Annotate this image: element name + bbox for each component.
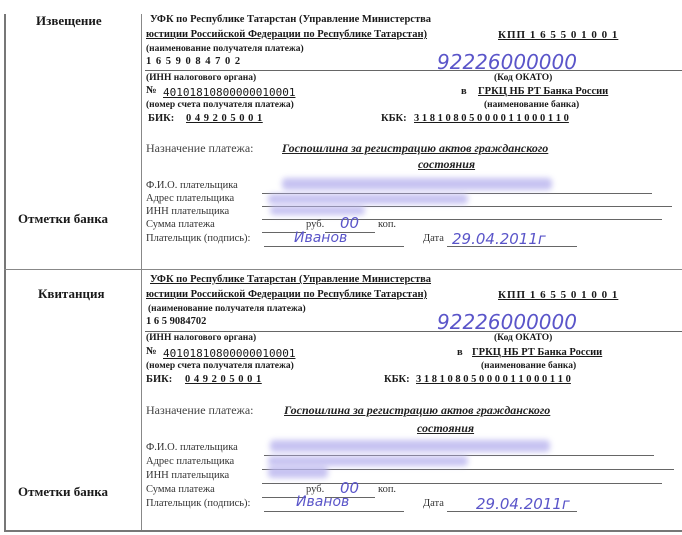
signature-value: Иванов — [294, 230, 347, 246]
purpose-label: Назначение платежа: — [146, 403, 253, 418]
section-title: Извещение — [36, 13, 102, 29]
recipient-line-1: УФК по Республике Татарстан (Управление … — [150, 14, 431, 25]
recipient-line-1: УФК по Республике Татарстан (Управление … — [150, 274, 431, 285]
purpose-value-line-1: Госпошлина за регистрацию актов гражданс… — [282, 141, 548, 156]
recipient-line-2: юстиции Российской Федерации по Республи… — [146, 289, 427, 300]
payer-name-redacted — [270, 440, 550, 452]
payer-inn-redacted — [268, 466, 328, 478]
date-value: 29.04.2011г — [452, 230, 546, 248]
rub-label: руб. — [306, 219, 324, 230]
date-value: 29.04.2011г — [476, 495, 570, 513]
amount-label: Сумма платежа — [146, 484, 215, 495]
signature-label: Плательщик (подпись): — [146, 233, 250, 244]
bank-caption: (наименование банка) — [481, 361, 576, 371]
inn-caption: (ИНН налогового органа) — [146, 333, 256, 343]
kbk-value: 3 1 8 1 0 8 0 5 0 0 0 0 1 1 0 0 0 1 1 0 — [414, 113, 569, 124]
section-title: Квитанция — [38, 286, 105, 302]
inn-caption: (ИНН налогового органа) — [146, 73, 256, 83]
account-prefix: № — [146, 85, 157, 96]
amount-label: Сумма платежа — [146, 219, 215, 230]
payer-address-redacted — [268, 456, 468, 466]
bank-name: ГРКЦ НБ РТ Банка России — [472, 347, 602, 358]
payer-name-redacted — [282, 178, 552, 190]
bik-label: БИК: — [146, 374, 172, 385]
bik-value: 0 4 9 2 0 5 0 0 1 — [186, 113, 263, 124]
account-prefix: № — [146, 346, 157, 357]
payer-address-label: Адрес плательщика — [146, 193, 234, 204]
bank-marks-label: Отметки банка — [18, 211, 108, 227]
payer-address-redacted — [268, 194, 468, 204]
inn: 1 6 5 9 0 8 4 7 0 2 — [146, 56, 241, 67]
purpose-label: Назначение платежа: — [146, 141, 253, 156]
payer-name-label: Ф.И.О. плательщика — [146, 180, 238, 191]
kop-label: коп. — [378, 219, 396, 230]
account-caption: (номер счета получателя платежа) — [146, 361, 294, 371]
date-label: Дата — [423, 498, 444, 509]
kpp: КПП 1 6 5 5 0 1 0 0 1 — [498, 29, 618, 41]
bank-name: ГРКЦ НБ РТ Банка России — [478, 86, 608, 97]
recipient-line-2: юстиции Российской Федерации по Республи… — [146, 29, 427, 40]
bik-value: 0 4 9 2 0 5 0 0 1 — [185, 374, 262, 385]
payer-name-label: Ф.И.О. плательщика — [146, 442, 238, 453]
payer-address-label: Адрес плательщика — [146, 456, 234, 467]
kbk-label: КБК: — [384, 374, 410, 385]
okato-caption: (Код ОКАТО) — [494, 73, 552, 83]
recipient-caption: (наименование получателя платежа) — [146, 44, 304, 54]
kbk-label: КБК: — [381, 113, 407, 124]
section-divider — [4, 269, 682, 270]
purpose-value-line-2: состояния — [417, 421, 474, 436]
kpp: КПП 1 6 5 5 0 1 0 0 1 — [498, 289, 618, 301]
bank-caption: (наименование банка) — [484, 100, 579, 110]
account-number: 40101810800000010001 — [163, 347, 295, 360]
signature-value: Иванов — [296, 494, 349, 510]
payer-inn-label: ИНН плательщика — [146, 206, 229, 217]
date-label: Дата — [423, 233, 444, 244]
kop-label: коп. — [378, 484, 396, 495]
recipient-caption: (наименование получателя платежа) — [148, 304, 306, 314]
inn: 1 6 5 9084702 — [146, 316, 206, 327]
account-number: 40101810800000010001 — [163, 86, 295, 99]
bik-label: БИК: — [148, 113, 174, 124]
column-divider — [141, 14, 142, 530]
bank-prefix: в — [457, 347, 463, 358]
kbk-value: 3 1 8 1 0 8 0 5 0 0 0 0 1 1 0 0 0 1 1 0 — [416, 374, 571, 385]
payer-inn-label: ИНН плательщика — [146, 470, 229, 481]
bank-prefix: в — [461, 86, 467, 97]
account-caption: (номер счета получателя платежа) — [146, 100, 294, 110]
purpose-value-line-1: Госпошлина за регистрацию актов гражданс… — [284, 403, 550, 418]
okato-caption: (Код ОКАТО) — [494, 333, 552, 343]
bank-marks-label: Отметки банка — [18, 484, 108, 500]
signature-label: Плательщик (подпись): — [146, 498, 250, 509]
purpose-value-line-2: состояния — [418, 157, 475, 172]
